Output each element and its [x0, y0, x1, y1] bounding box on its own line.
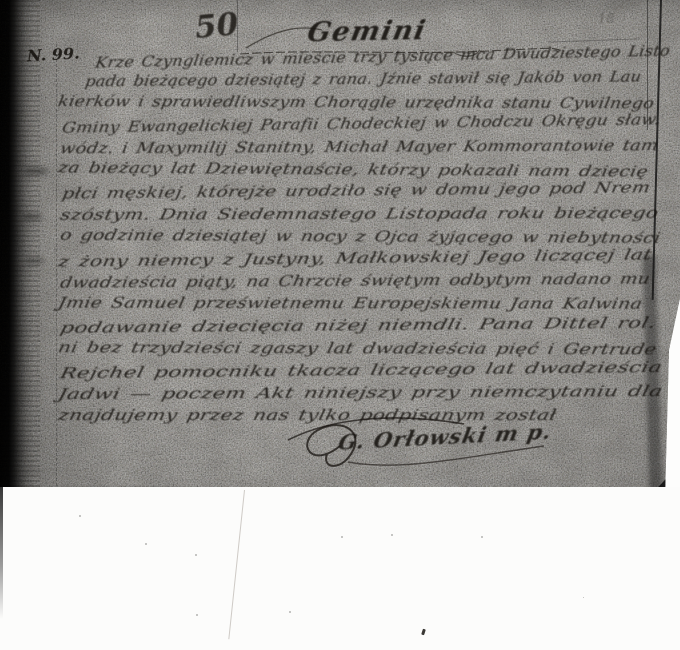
ink-smudge: [24, 168, 48, 175]
handwriting-line: podawanie dziecięcia niżej niemdli. Pana…: [60, 315, 472, 337]
ink-smudge: [22, 214, 42, 220]
ink-smudge: [26, 258, 44, 263]
binding-edge-sliver: [0, 487, 3, 619]
dust-speck: [341, 536, 343, 538]
handwriting-line: ni bez trzydzieści zgaszy lat dwadzieści…: [58, 338, 515, 358]
dust-speck: [289, 611, 291, 613]
handwriting-line: dwadzieścia piąty, na Chrzcie świętym od…: [60, 270, 537, 291]
handwriting-line: Rejchel pomocniku tkacza liczącego lat d…: [60, 359, 476, 381]
dust-speck: [391, 534, 393, 536]
handwriting-line: szóstym. Dnia Siedemnastego Listopada ro…: [60, 204, 508, 224]
faint-page-mark: 18: [598, 12, 615, 27]
handwriting-line: za bieżący lat Dziewiętnaście, którzy po…: [58, 158, 527, 179]
page-number: 50: [194, 6, 240, 46]
dust-speck: [145, 543, 147, 545]
handwriting-line: o godzinie dziesiątej w nocy z Ojca żyją…: [60, 226, 534, 246]
dust-speck: [196, 614, 198, 616]
handwriting-line: Jadwi — poczem Akt niniejszy przy niemcz…: [58, 383, 481, 403]
scanned-document-viewer: 50 18 Gemini N. 99. Krze Czyngliemicz w …: [0, 0, 680, 650]
scanner-background: [0, 487, 680, 650]
handwriting-line: wódz. i Maxymilij Stanitny, Michał Mayer…: [60, 136, 564, 157]
dust-speck: [583, 597, 584, 598]
dust-speck: [481, 536, 483, 538]
dust-speck: [79, 515, 81, 517]
handwriting-line: Jmie Samuel prześwietnemu Europejskiemu …: [58, 294, 518, 313]
handwriting-line: kierków i sprawiedliwszym Chorągle urzęd…: [58, 92, 573, 112]
record-number: N. 99.: [27, 44, 81, 66]
dust-speck: [195, 554, 197, 556]
scan-page: 50 18 Gemini N. 99. Krze Czyngliemicz w …: [0, 0, 680, 498]
binding-streaks: [0, 0, 40, 498]
